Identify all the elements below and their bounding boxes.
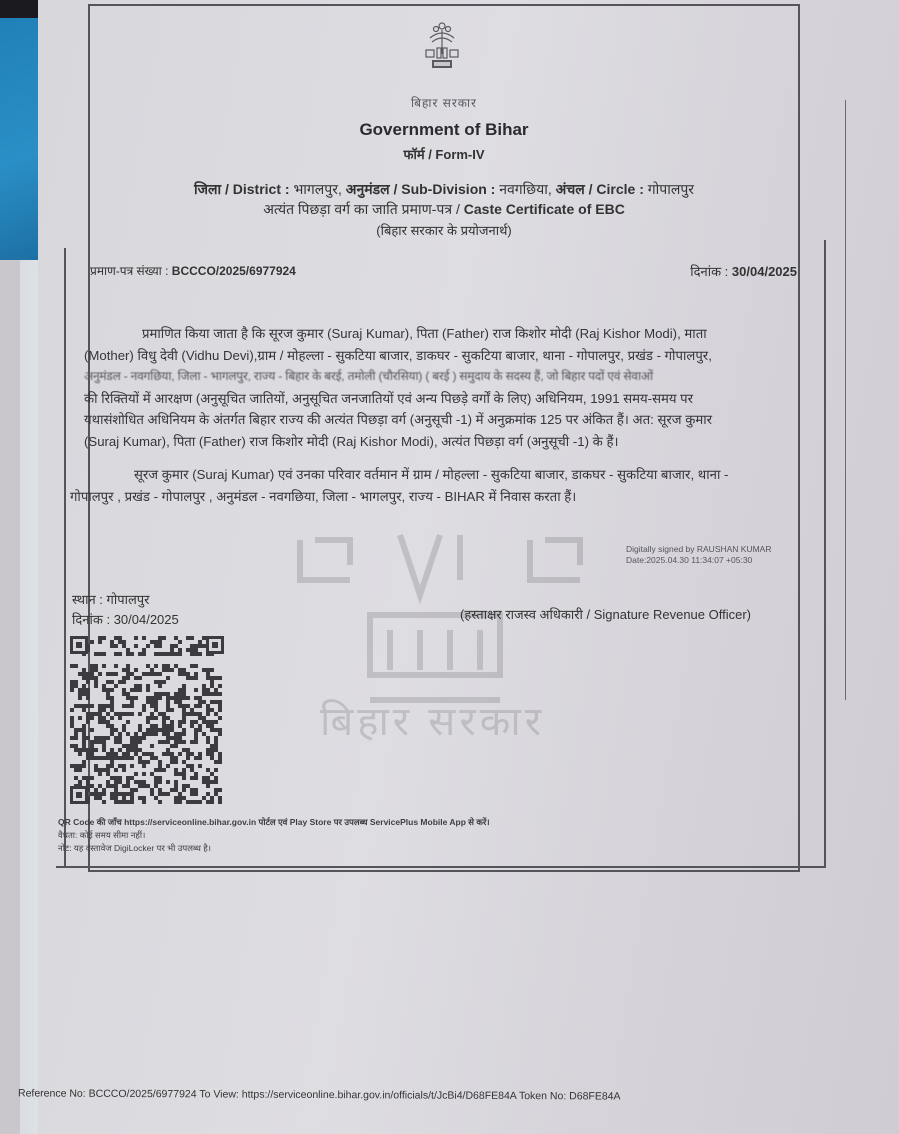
certification-paragraph: प्रमाणित किया जाता है कि सूरज कुमार (Sur… bbox=[84, 323, 804, 452]
note-validity: वैधता: कोई समय सीमा नहीं। bbox=[58, 829, 490, 842]
digital-signature-signer: Digitally signed by RAUSHAN KUMAR bbox=[626, 544, 772, 555]
certificate-type: अत्यंत पिछड़ा वर्ग का जाति प्रमाण-पत्र /… bbox=[88, 200, 800, 219]
issue-date-label: दिनांक : bbox=[72, 612, 110, 627]
place-label: स्थान : bbox=[72, 592, 103, 607]
paragraph-line: (Mother) विधु देवी (Vidhu Devi),ग्राम / … bbox=[84, 345, 804, 367]
paragraph-line: सूरज कुमार (Suraj Kumar) एवं उनका परिवार… bbox=[84, 464, 804, 486]
circle-label: अंचल / Circle : bbox=[556, 181, 644, 197]
place-and-date: स्थान : गोपालपुर दिनांक : 30/04/2025 bbox=[72, 590, 179, 630]
place-value: गोपालपुर bbox=[107, 592, 150, 607]
frame-border bbox=[824, 240, 826, 868]
paragraph-line: अनुमंडल - नवगछिया, जिला - भागलपुर, राज्य… bbox=[84, 366, 804, 388]
certificate-date: दिनांक : 30/04/2025 bbox=[690, 262, 797, 280]
digital-signature: Digitally signed by RAUSHAN KUMAR Date:2… bbox=[626, 544, 772, 566]
subdivision-value: नवगछिया, bbox=[499, 181, 552, 197]
frame-border bbox=[64, 248, 66, 868]
paragraph-line: प्रमाणित किया जाता है कि सूरज कुमार (Sur… bbox=[84, 323, 804, 345]
qr-code[interactable] bbox=[70, 636, 224, 804]
note-digilocker: नोट: यह दस्तावेज DigiLocker पर भी उपलब्ध… bbox=[58, 842, 490, 855]
certificate-type-hindi: अत्यंत पिछड़ा वर्ग का जाति प्रमाण-पत्र / bbox=[263, 201, 460, 217]
signature-role: (हस्ताक्षर राजस्व अधिकारी / Signature Re… bbox=[460, 605, 751, 623]
certificate-number-value: BCCCO/2025/6977924 bbox=[172, 264, 296, 278]
subdivision-label: अनुमंडल / Sub-Division : bbox=[346, 181, 496, 197]
district-value: भागलपुर, bbox=[293, 181, 341, 197]
location-line: जिला / District : भागलपुर, अनुमंडल / Sub… bbox=[88, 180, 800, 199]
bihar-emblem-icon bbox=[412, 18, 472, 78]
paragraph-line: (Suraj Kumar), पिता (Father) राज किशोर म… bbox=[84, 431, 804, 453]
residence-paragraph: सूरज कुमार (Suraj Kumar) एवं उनका परिवार… bbox=[84, 464, 804, 507]
hindi-government-title: बिहार सरकार bbox=[88, 94, 800, 111]
paper-fold-line bbox=[845, 100, 847, 700]
government-title: Government of Bihar bbox=[88, 120, 800, 140]
digital-signature-date: Date:2025.04.30 11:34:07 +05:30 bbox=[626, 555, 772, 566]
district-label: जिला / District : bbox=[194, 181, 290, 197]
paragraph-line: गोपालपुर , प्रखंड - गोपालपुर , अनुमंडल -… bbox=[84, 486, 804, 508]
certificate-purpose: (बिहार सरकार के प्रयोजनार्थ) bbox=[88, 221, 800, 239]
issue-date-value: 30/04/2025 bbox=[114, 612, 179, 627]
certificate-date-value: 30/04/2025 bbox=[732, 264, 797, 279]
form-number: फॉर्म / Form-IV bbox=[88, 145, 800, 163]
certificate-type-english: Caste Certificate of EBC bbox=[464, 201, 625, 217]
note-qr-verification: QR Code की जाँच https://serviceonline.bi… bbox=[58, 816, 490, 829]
paragraph-line: यथासंशोधित अधिनियम के अंतर्गत बिहार राज्… bbox=[84, 409, 804, 431]
bihar-sarkar-watermark: बिहार सरकार bbox=[290, 520, 610, 750]
circle-value: गोपालपुर bbox=[648, 181, 694, 197]
certificate-number: प्रमाण-पत्र संख्या : BCCCO/2025/6977924 bbox=[90, 262, 296, 279]
certificate-number-label: प्रमाण-पत्र संख्या : bbox=[90, 264, 168, 278]
certificate-date-label: दिनांक : bbox=[690, 264, 728, 279]
watermark-text: बिहार सरकार bbox=[320, 692, 545, 747]
paragraph-line: की रिक्तियों में आरक्षण (अनुसूचित जातियो… bbox=[84, 388, 804, 410]
frame-border bbox=[56, 866, 826, 868]
verification-notes: QR Code की जाँच https://serviceonline.bi… bbox=[58, 816, 490, 855]
